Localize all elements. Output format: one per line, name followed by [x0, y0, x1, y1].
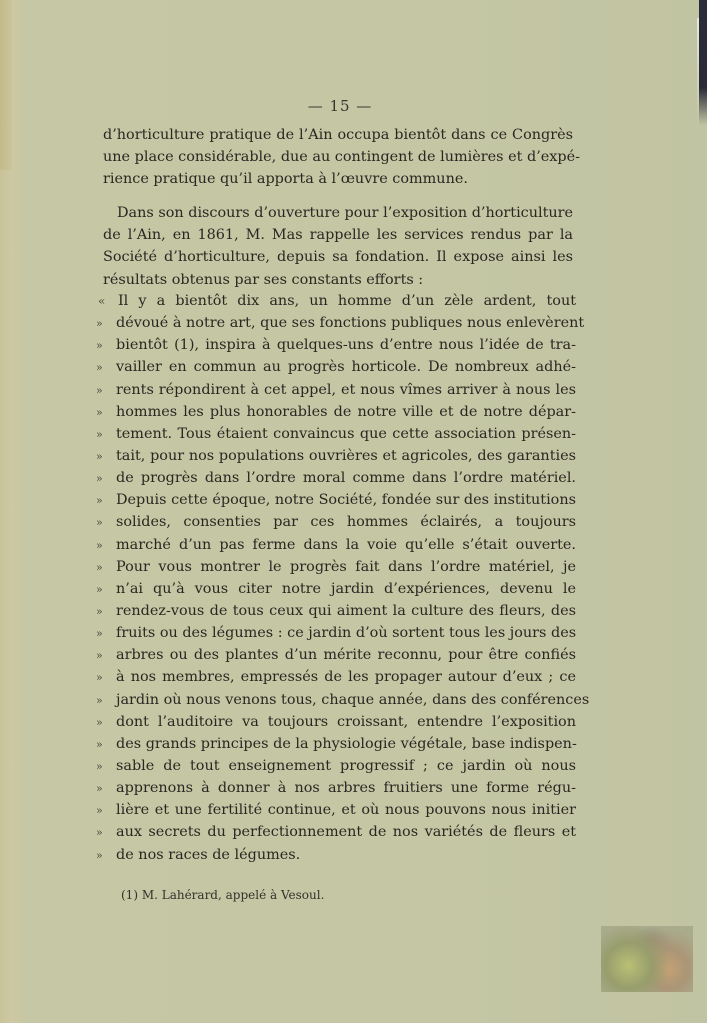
quote-text: n’ai qu’à vous citer notre jardin d’expé…	[116, 578, 576, 600]
quote-text: de nos races de légumes.	[116, 844, 576, 866]
quote-text: Pour vous montrer le progrès fait dans l…	[116, 556, 576, 578]
book-binding-edge	[699, 0, 707, 125]
quote-line: » Pour vous montrer le progrès fait dans…	[96, 556, 576, 578]
quote-text: solides, consenties par ces hommes éclai…	[116, 511, 576, 533]
quote-text: arbres ou des plantes d’un mérite reconn…	[116, 644, 576, 666]
continuation-guillemet: »	[96, 734, 116, 756]
quote-text: apprenons à donner à nos arbres fruitier…	[116, 777, 576, 799]
continuation-guillemet: »	[96, 756, 116, 778]
text-line: résultats obtenus par ses constants effo…	[103, 269, 573, 291]
quote-text: Depuis cette époque, notre Société, fond…	[116, 489, 576, 511]
continuation-guillemet: »	[96, 446, 116, 468]
continuation-guillemet: »	[96, 424, 116, 446]
quote-text: lière et une fertilité continue, et où n…	[116, 799, 576, 821]
block-quotation: « Il y a bientôt dix ans, un homme d’un …	[96, 290, 576, 866]
page-edge-highlight	[697, 18, 699, 128]
continuation-guillemet: »	[96, 690, 116, 712]
quote-line: » rendez-vous de tous ceux qui aiment la…	[96, 600, 576, 622]
continuation-guillemet: »	[96, 712, 116, 734]
quote-text: vailler en commun au progrès horticole. …	[116, 356, 576, 378]
quote-line: » fruits ou des légumes : ce jardin d’où…	[96, 622, 576, 644]
quote-text: tement. Tous étaient convaincus que cett…	[116, 423, 576, 445]
continuation-guillemet: »	[96, 468, 116, 490]
continuation-guillemet: »	[96, 313, 116, 335]
text-line: rience pratique qu’il apporta à l’œuvre …	[103, 168, 573, 190]
page-left-edge	[0, 0, 12, 170]
open-guillemet: «	[96, 290, 118, 312]
quote-line: » dévoué à notre art, que ses fonctions …	[96, 312, 576, 334]
camera-overlay-thumbnail	[601, 926, 693, 992]
quote-text: hommes les plus honorables de notre vill…	[116, 401, 576, 423]
text-line: Dans son discours d’ouverture pour l’exp…	[103, 202, 573, 224]
quote-text: des grands principes de la physiologie v…	[116, 733, 577, 755]
paragraph-speech-intro: Dans son discours d’ouverture pour l’exp…	[103, 202, 573, 291]
quote-line: » de nos races de légumes.	[96, 844, 576, 866]
quote-text: rents répondirent à cet appel, et nous v…	[116, 379, 576, 401]
continuation-guillemet: »	[96, 512, 116, 534]
quote-line: » arbres ou des plantes d’un mérite reco…	[96, 644, 576, 666]
text-line: de l’Ain, en 1861, M. Mas rappelle les s…	[103, 224, 573, 246]
text-line: une place considérable, due au contingen…	[103, 146, 573, 168]
quote-line: » solides, consenties par ces hommes écl…	[96, 511, 576, 533]
quote-line: « Il y a bientôt dix ans, un homme d’un …	[96, 290, 576, 312]
quote-text: à nos membres, empressés de les propager…	[116, 666, 576, 688]
text-line: d’horticulture pratique de l’Ain occupa …	[103, 124, 573, 146]
quote-line: » jardin où nous venons tous, chaque ann…	[96, 689, 576, 711]
page-number: — 15 —	[0, 97, 680, 115]
continuation-guillemet: »	[96, 380, 116, 402]
quote-text: sable de tout enseignement progressif ; …	[116, 755, 576, 777]
continuation-guillemet: »	[96, 778, 116, 800]
continuation-guillemet: »	[96, 601, 116, 623]
quote-text: fruits ou des légumes : ce jardin d’où s…	[116, 622, 576, 644]
quote-text: Il y a bientôt dix ans, un homme d’un zè…	[118, 290, 576, 312]
quote-line: » n’ai qu’à vous citer notre jardin d’ex…	[96, 578, 576, 600]
quote-text: rendez-vous de tous ceux qui aiment la c…	[116, 600, 576, 622]
footnote: (1) M. Lahérard, appelé à Vesoul.	[121, 888, 324, 902]
quote-text: dont l’auditoire va toujours croissant, …	[116, 711, 576, 733]
quote-line: » hommes les plus honorables de notre vi…	[96, 401, 576, 423]
continuation-guillemet: »	[96, 667, 116, 689]
quote-line: » des grands principes de la physiologie…	[96, 733, 576, 755]
quote-text: de progrès dans l’ordre moral comme dans…	[116, 467, 576, 489]
quote-line: » tait, pour nos populations ouvrières e…	[96, 445, 576, 467]
quote-text: bientôt (1), inspira à quelques-uns d’en…	[116, 334, 576, 356]
continuation-guillemet: »	[96, 402, 116, 424]
continuation-guillemet: »	[96, 357, 116, 379]
quote-line: » rents répondirent à cet appel, et nous…	[96, 379, 576, 401]
continuation-guillemet: »	[96, 579, 116, 601]
quote-line: » apprenons à donner à nos arbres fruiti…	[96, 777, 576, 799]
continuation-guillemet: »	[96, 623, 116, 645]
quote-line: » bientôt (1), inspira à quelques-uns d’…	[96, 334, 576, 356]
continuation-guillemet: »	[96, 535, 116, 557]
quote-line: » dont l’auditoire va toujours croissant…	[96, 711, 576, 733]
quote-line: » vailler en commun au progrès horticole…	[96, 356, 576, 378]
quote-line: » lière et une fertilité continue, et où…	[96, 799, 576, 821]
continuation-guillemet: »	[96, 800, 116, 822]
continuation-guillemet: »	[96, 845, 116, 867]
quote-text: jardin où nous venons tous, chaque année…	[116, 689, 589, 711]
quote-line: » de progrès dans l’ordre moral comme da…	[96, 467, 576, 489]
quote-text: aux secrets du perfectionnement de nos v…	[116, 821, 576, 843]
continuation-guillemet: »	[96, 645, 116, 667]
text-line: Société d’horticulture, depuis sa fondat…	[103, 246, 573, 268]
quote-text: dévoué à notre art, que ses fonctions pu…	[116, 312, 584, 334]
continuation-guillemet: »	[96, 822, 116, 844]
paragraph-continuation: d’horticulture pratique de l’Ain occupa …	[103, 124, 573, 191]
continuation-guillemet: »	[96, 557, 116, 579]
quote-text: marché d’un pas ferme dans la voie qu’el…	[116, 534, 576, 556]
quote-line: » tement. Tous étaient convaincus que ce…	[96, 423, 576, 445]
quote-line: » sable de tout enseignement progressif …	[96, 755, 576, 777]
book-page: — 15 — d’horticulture pratique de l’Ain …	[0, 0, 707, 1023]
quote-line: » à nos membres, empressés de les propag…	[96, 666, 576, 688]
quote-line: » Depuis cette époque, notre Société, fo…	[96, 489, 576, 511]
quote-line: » aux secrets du perfectionnement de nos…	[96, 821, 576, 843]
continuation-guillemet: »	[96, 335, 116, 357]
quote-line: » marché d’un pas ferme dans la voie qu’…	[96, 534, 576, 556]
quote-text: tait, pour nos populations ouvrières et …	[116, 445, 576, 467]
continuation-guillemet: »	[96, 490, 116, 512]
